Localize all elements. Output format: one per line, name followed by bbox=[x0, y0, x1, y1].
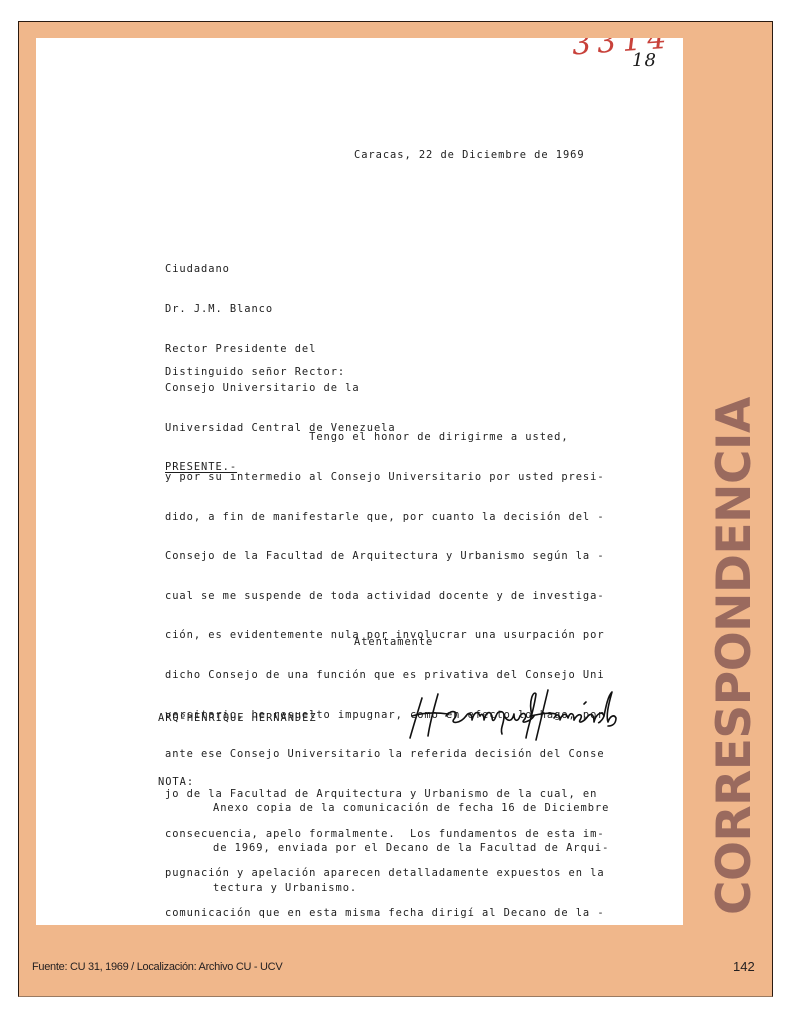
nota-line: de 1969, enviada por el Decano de la Fac… bbox=[213, 842, 609, 855]
addressee-line: Dr. J.M. Blanco bbox=[165, 303, 396, 316]
salutation: Distinguido señor Rector: bbox=[165, 366, 345, 379]
red-archive-annotation: 3314 bbox=[571, 38, 674, 62]
addressee-line: Ciudadano bbox=[165, 263, 396, 276]
body-line: y por su intermedio al Consejo Universit… bbox=[165, 471, 605, 484]
handwritten-signature bbox=[408, 686, 618, 741]
section-title: CORRESPONDENCIA bbox=[711, 397, 758, 915]
nota-text: Anexo copia de la comunicación de fecha … bbox=[213, 776, 609, 921]
nota-label: NOTA: bbox=[158, 776, 194, 789]
nota-line: tectura y Urbanismo. bbox=[213, 882, 609, 895]
body-line: dicho Consejo de una función que es priv… bbox=[165, 669, 605, 682]
body-line: Tengo el honor de dirigirme a usted, bbox=[165, 431, 605, 444]
nota-line: Anexo copia de la comunicación de fecha … bbox=[213, 802, 609, 815]
page-number: 142 bbox=[733, 959, 755, 974]
addressee-line: Rector Presidente del bbox=[165, 343, 396, 356]
addressee-line: Consejo Universitario de la bbox=[165, 382, 396, 395]
sender-name: ARQºHENRIQUE HERNANDEZ bbox=[158, 712, 317, 725]
body-line: ante ese Consejo Universitario la referi… bbox=[165, 748, 605, 761]
body-line: cual se me suspende de toda actividad do… bbox=[165, 590, 605, 603]
letter-date: Caracas, 22 de Diciembre de 1969 bbox=[354, 149, 585, 162]
closing: Atentamente bbox=[354, 636, 433, 649]
handwritten-page-number: 18 bbox=[632, 50, 657, 71]
body-line: Consejo de la Facultad de Arquitectura y… bbox=[165, 550, 605, 563]
source-caption: Fuente: CU 31, 1969 / Localización: Arch… bbox=[32, 961, 282, 973]
body-line: dido, a fin de manifestarle que, por cua… bbox=[165, 511, 605, 524]
scanned-letter: 3314 18 Caracas, 22 de Diciembre de 1969… bbox=[36, 38, 683, 925]
